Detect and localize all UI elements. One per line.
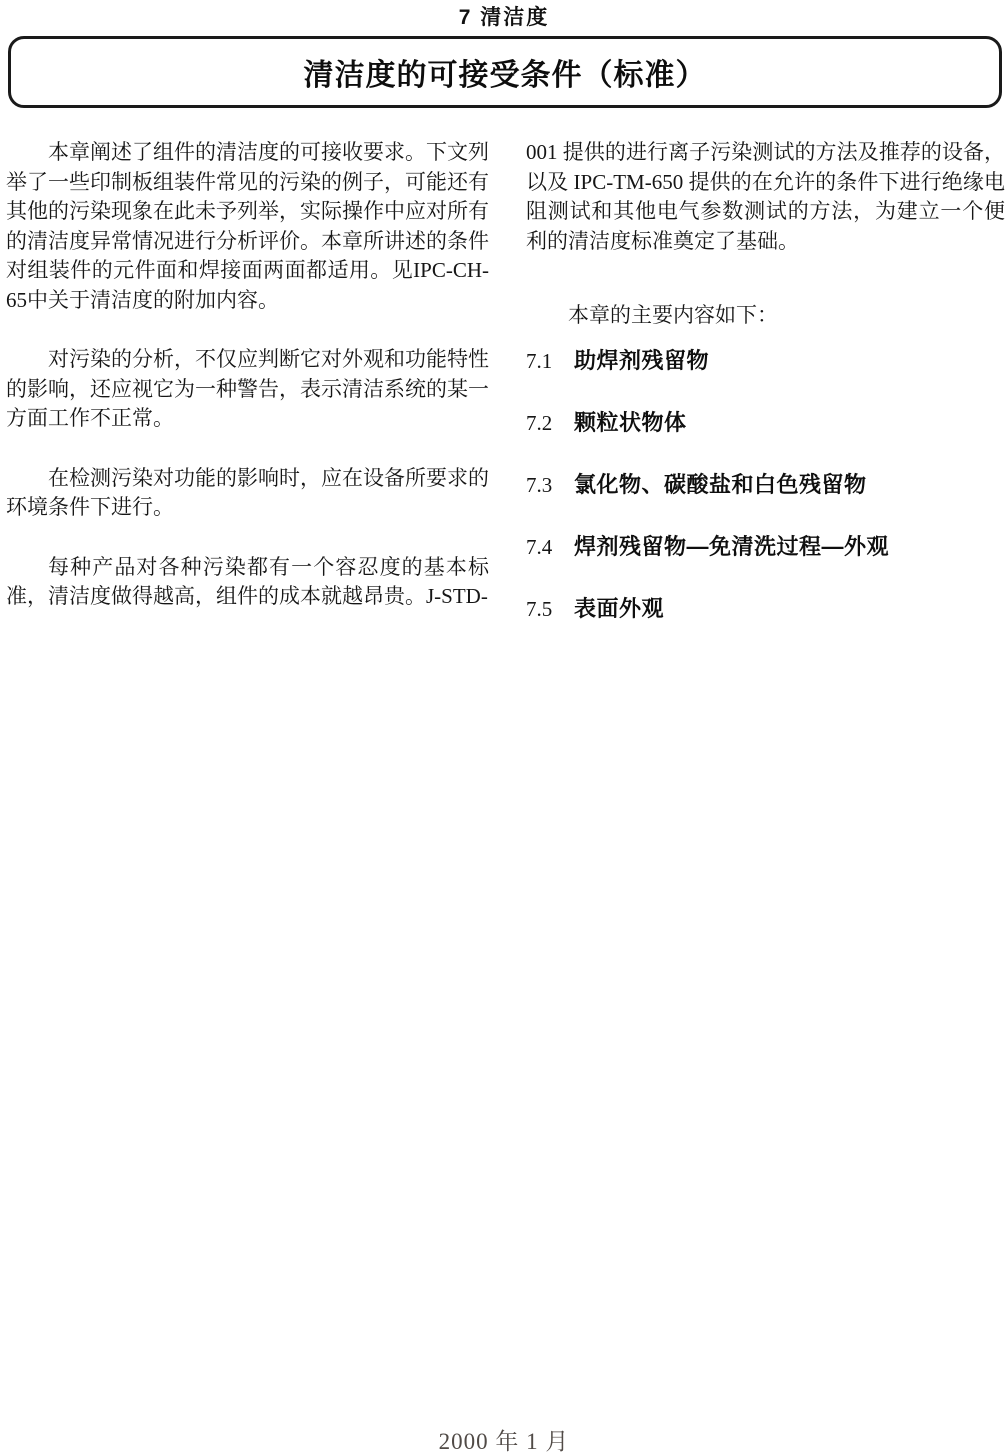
page-title: 清洁度的可接受条件（标准） [304, 50, 707, 94]
right-column: 001 提供的进行离子污染测试的方法及推荐的设备，以及 IPC-TM-650 提… [526, 138, 1005, 656]
toc-item-label: 颗粒状物体 [574, 408, 687, 438]
left-column: 本章阐述了组件的清洁度的可接收要求。下文列举了一些印制板组装件常见的污染的例子，… [6, 138, 489, 642]
chapter-header: 7 清洁度 [0, 1, 1008, 31]
footer-date: 2000 年 1 月 [0, 1423, 1008, 1454]
toc-item: 7.1 助焊剂残留物 [526, 346, 1005, 376]
toc-item-number: 7.1 [526, 346, 574, 376]
toc-item-label: 助焊剂残留物 [574, 346, 709, 376]
toc-item-label: 焊剂残留物—免清洗过程—外观 [574, 532, 889, 562]
chapter-toc: 7.1 助焊剂残留物 7.2 颗粒状物体 7.3 氯化物、碳酸盐和白色残留物 7… [526, 346, 1005, 624]
paragraph: 在检测污染对功能的影响时，应在设备所要求的环境条件下进行。 [6, 464, 489, 523]
toc-intro: 本章的主要内容如下： [526, 301, 1005, 331]
paragraph-continuation: 001 提供的进行离子污染测试的方法及推荐的设备，以及 IPC-TM-650 提… [526, 138, 1005, 256]
toc-item: 7.4 焊剂残留物—免清洗过程—外观 [526, 532, 1005, 562]
paragraph: 对污染的分析，不仅应判断它对外观和功能特性的影响，还应视它为一种警告，表示清洁系… [6, 345, 489, 434]
paragraph: 每种产品对各种污染都有一个容忍度的基本标准，清洁度做得越高，组件的成本就越昂贵。… [6, 553, 489, 612]
toc-item-number: 7.4 [526, 532, 574, 562]
toc-item: 7.5 表面外观 [526, 594, 1005, 624]
toc-item-number: 7.5 [526, 594, 574, 624]
toc-item-label: 氯化物、碳酸盐和白色残留物 [574, 470, 867, 500]
toc-item: 7.2 颗粒状物体 [526, 408, 1005, 438]
paragraph: 本章阐述了组件的清洁度的可接收要求。下文列举了一些印制板组装件常见的污染的例子，… [6, 138, 489, 315]
document-page: { "page": { "chapter_header": "7 清洁度", "… [0, 0, 1008, 1454]
toc-item: 7.3 氯化物、碳酸盐和白色残留物 [526, 470, 1005, 500]
toc-item-number: 7.2 [526, 408, 574, 438]
title-box: 清洁度的可接受条件（标准） [8, 36, 1002, 108]
toc-item-label: 表面外观 [574, 594, 664, 624]
toc-item-number: 7.3 [526, 470, 574, 500]
